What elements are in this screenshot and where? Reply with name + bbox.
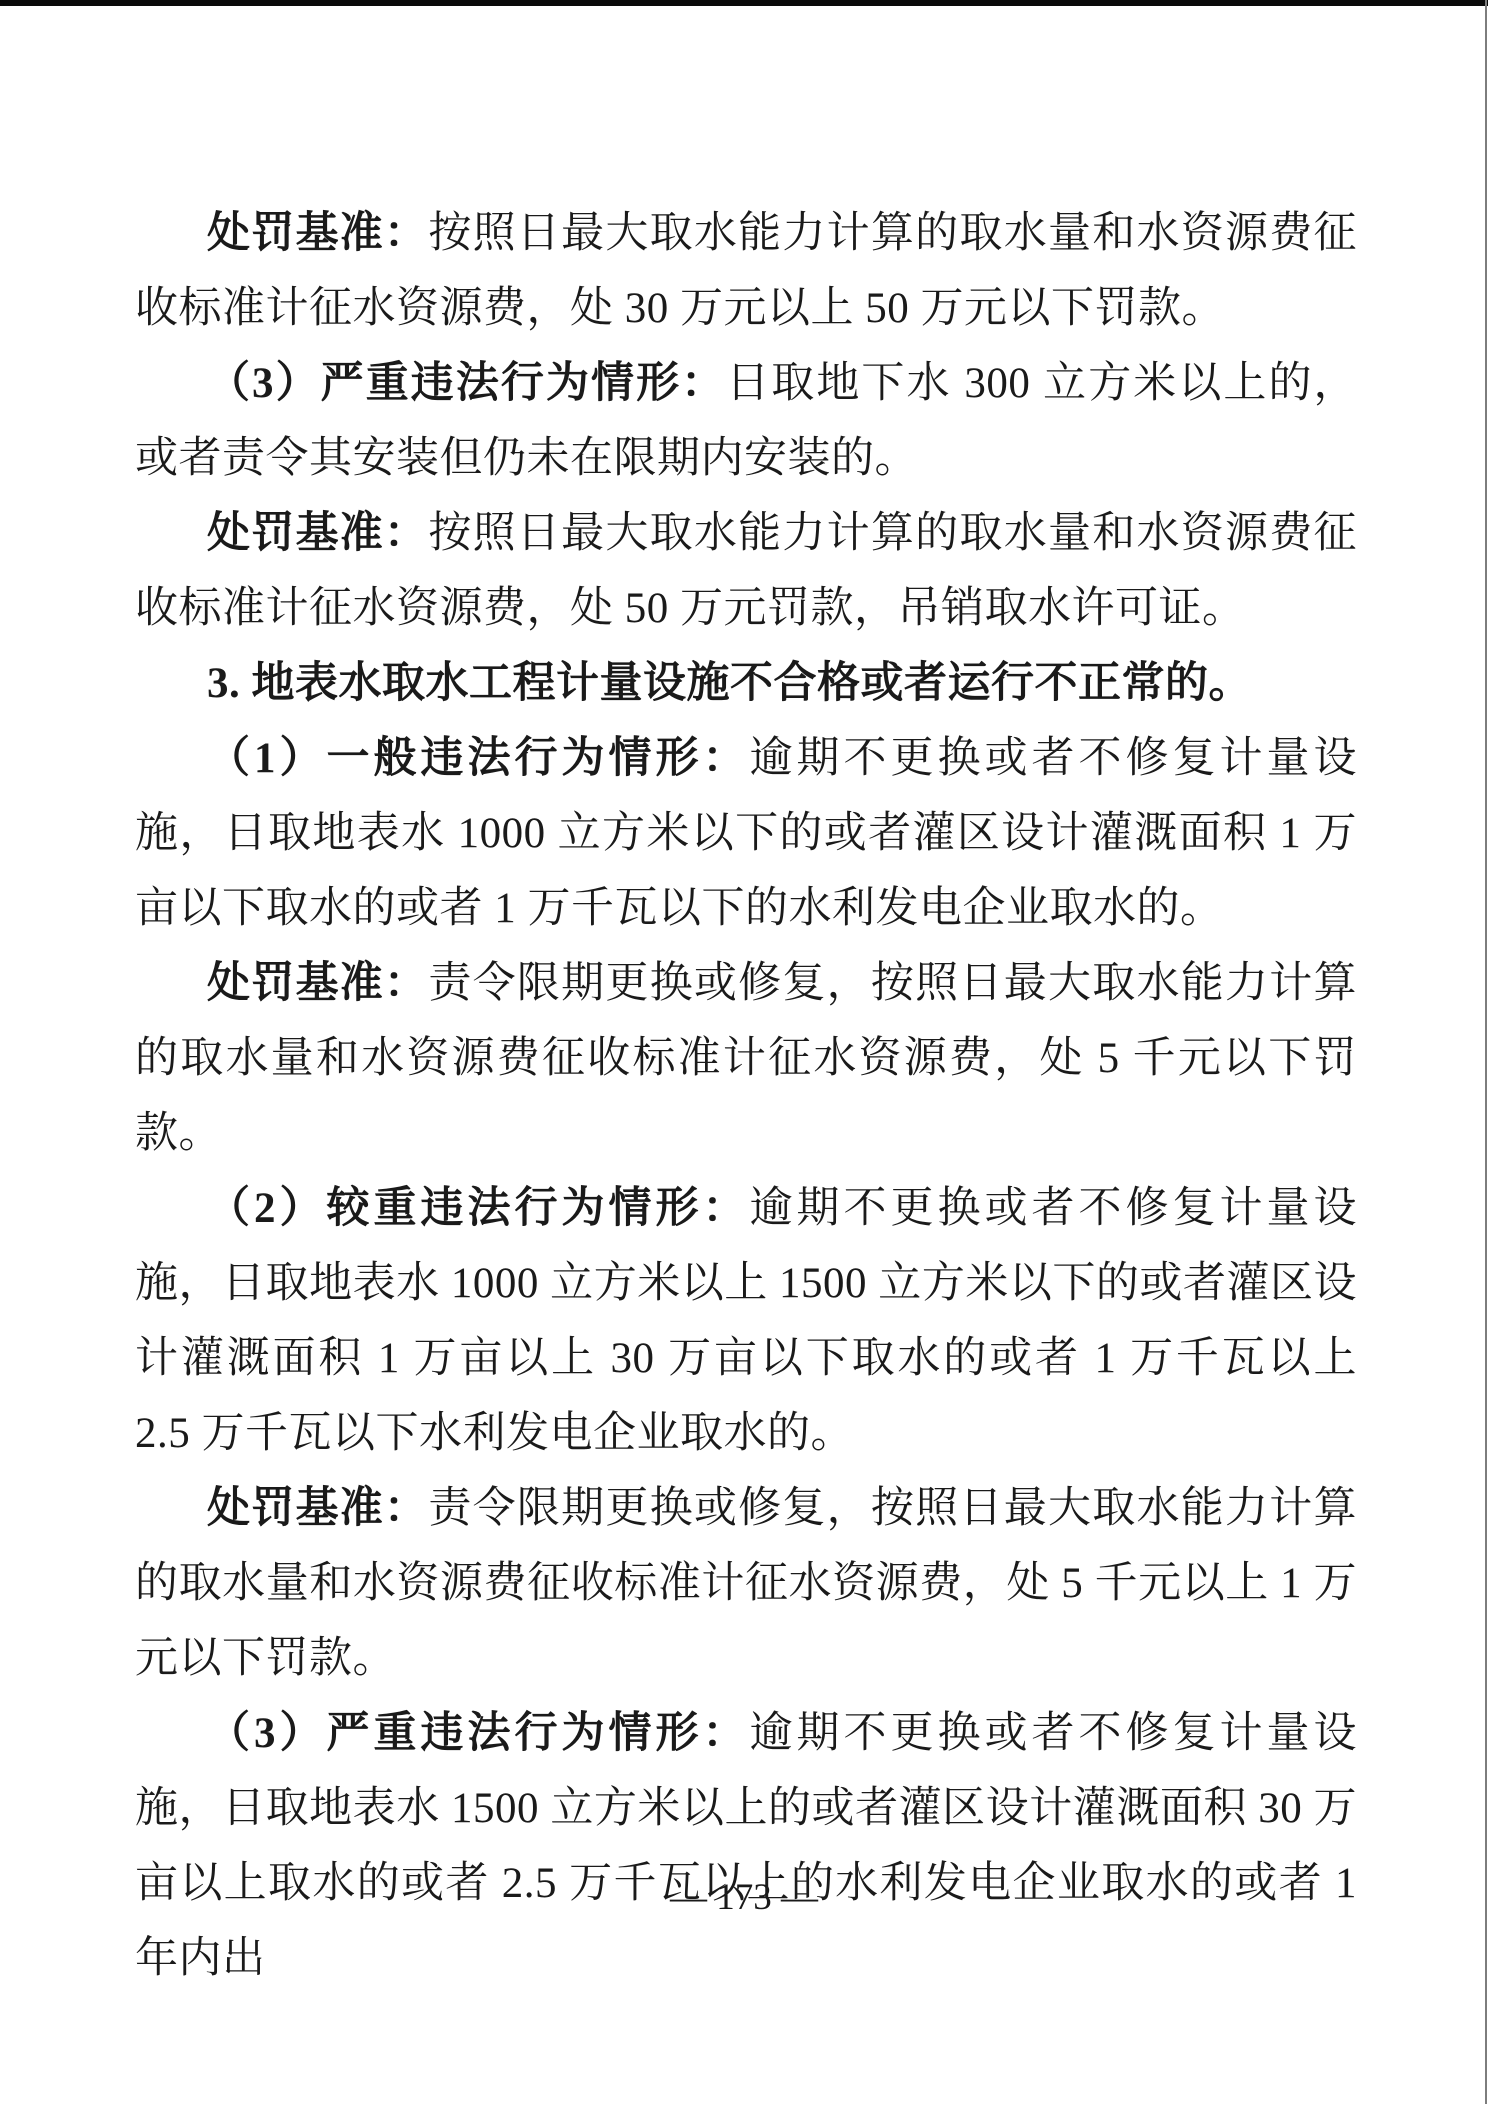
paragraph-penalty-basis-4: 处罚基准：责令限期更换或修复，按照日最大取水能力计算的取水量和水资源费征收标准计… — [135, 1471, 1357, 1696]
paragraph-bold-lead: （3）严重违法行为情形： — [207, 360, 726, 407]
paragraph-bold-lead: （1）一般违法行为情形： — [207, 735, 750, 782]
document-body: 处罚基准：按照日最大取水能力计算的取水量和水资源费征收标准计征水资源费，处 30… — [135, 196, 1357, 1996]
paragraph-penalty-basis-3: 处罚基准：责令限期更换或修复，按照日最大取水能力计算的取水量和水资源费征收标准计… — [135, 946, 1357, 1171]
paragraph-severe-violation-groundwater: （3）严重违法行为情形：日取地下水 300 立方米以上的，或者责令其安装但仍未在… — [135, 346, 1357, 496]
paragraph-general-violation: （1）一般违法行为情形：逾期不更换或者不修复计量设施，日取地表水 1000 立方… — [135, 721, 1357, 946]
paragraph-penalty-basis-1: 处罚基准：按照日最大取水能力计算的取水量和水资源费征收标准计征水资源费，处 30… — [135, 196, 1357, 346]
document-page: { "document": { "paragraphs": [ { "bold"… — [0, 0, 1488, 2104]
page-number: — 173 — — [0, 1876, 1488, 1920]
section-heading-text: 3. 地表水取水工程计量设施不合格或者运行不正常的。 — [207, 660, 1252, 707]
paragraph-bold-lead: （2）较重违法行为情形： — [207, 1185, 750, 1232]
paragraph-bold-lead: 处罚基准： — [207, 1485, 428, 1532]
page-top-border — [0, 0, 1488, 6]
paragraph-severe-violation-surface-water: （3）严重违法行为情形：逾期不更换或者不修复计量设施，日取地表水 1500 立方… — [135, 1696, 1357, 1996]
paragraph-bold-lead: （3）严重违法行为情形： — [207, 1710, 750, 1757]
paragraph-bold-lead: 处罚基准： — [207, 510, 428, 557]
paragraph-bold-lead: 处罚基准： — [207, 960, 428, 1007]
page-right-border — [1485, 0, 1487, 2104]
paragraph-moderate-violation: （2）较重违法行为情形：逾期不更换或者不修复计量设施，日取地表水 1000 立方… — [135, 1171, 1357, 1471]
section-heading-item-3: 3. 地表水取水工程计量设施不合格或者运行不正常的。 — [135, 646, 1357, 721]
paragraph-bold-lead: 处罚基准： — [207, 210, 428, 257]
paragraph-penalty-basis-2: 处罚基准：按照日最大取水能力计算的取水量和水资源费征收标准计征水资源费，处 50… — [135, 496, 1357, 646]
